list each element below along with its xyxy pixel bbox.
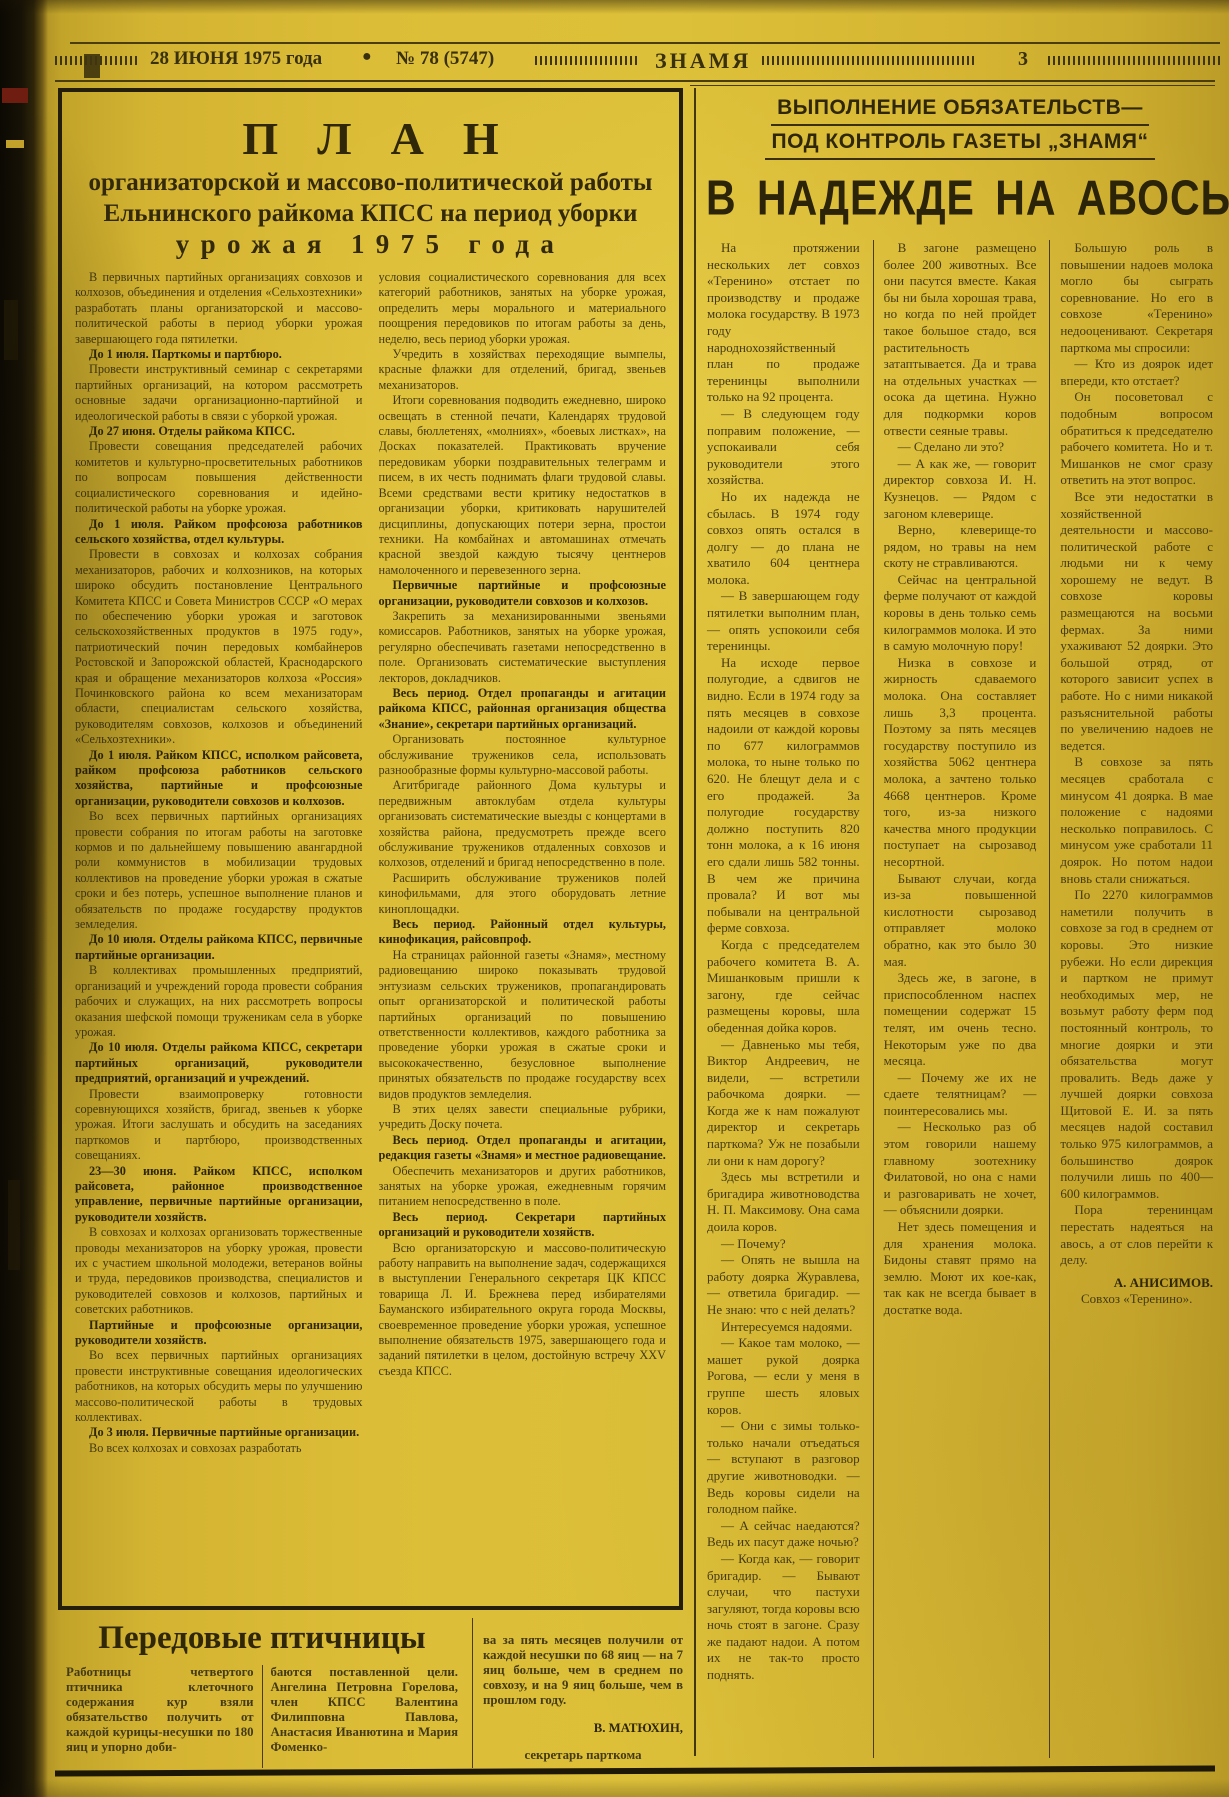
paragraph-heading: До 1 июля. Райком КПСС, исполком райсове… <box>75 748 363 810</box>
paragraph: Всю организаторскую и массово-политическ… <box>379 1241 667 1380</box>
masthead-issue-number: № 78 (5747) <box>396 48 494 70</box>
article-column-1: На протяжении нескольких лет совхоз «Тер… <box>706 240 861 1758</box>
poultry-column-1: Работницы четвертого птичника клеточного… <box>58 1665 262 1768</box>
paragraph: Бывают случаи, когда из-за повышенной ки… <box>884 871 1037 971</box>
page-number: 3 <box>1018 48 1028 71</box>
plan-column-1: В первичных партийных организациях совхо… <box>75 270 363 1570</box>
plan-article-body: В первичных партийных организациях совхо… <box>62 260 679 1570</box>
paragraph: — Кто из доярок идет впереди, кто отстае… <box>1060 356 1213 389</box>
paragraph: В совхозе за пять месяцев сработала с ми… <box>1060 754 1213 887</box>
plan-article-subtitle-3: урожая 1975 года <box>70 229 671 260</box>
paragraph: Низка в совхозе и жирность сдаваемого мо… <box>884 655 1037 871</box>
column-divider-rule <box>694 88 696 1756</box>
signature-line: А. АНИСИМОВ. <box>1060 1275 1213 1292</box>
paragraph-heading: До 10 июля. Отделы райкома КПСС, секрета… <box>75 1040 363 1086</box>
paragraph: На страницах районной газеты «Знамя», ме… <box>379 948 667 1102</box>
paragraph: В коллективах промышленных предприятий, … <box>75 963 363 1040</box>
kicker-line-1: ВЫПОЛНЕНИЕ ОБЯЗАТЕЛЬСТВ— <box>771 96 1149 126</box>
paragraph: Все эти недостатки в хозяйственной деяте… <box>1060 489 1213 755</box>
spine-fragment <box>8 1180 20 1270</box>
paragraph: — А сейчас наедаются? Ведь их пасут даже… <box>707 1518 860 1551</box>
paragraph: Провести в совхозах и колхозах собрания … <box>75 547 363 747</box>
paragraph: Организовать постоянное культурное обслу… <box>379 732 667 778</box>
paragraph: Но их надежда не сбылась. В 1974 году со… <box>707 489 860 589</box>
paragraph: — Опять не вышла на работу доярка Журавл… <box>707 1252 860 1318</box>
paragraph-heading: До 1 июля. Райком профсоюза работников с… <box>75 517 363 548</box>
plan-article-title: ПЛАН <box>62 112 679 165</box>
paragraph: — В завершающем году пятилетки выполним … <box>707 588 860 654</box>
signature-line: Совхоз «Теренино». <box>1060 1291 1213 1308</box>
paragraph-heading: Весь период. Секретари партийных организ… <box>379 1210 667 1241</box>
paragraph: Провести инструктивный семинар с секрета… <box>75 362 363 424</box>
paragraph: Большую роль в повышении надоев молока м… <box>1060 240 1213 356</box>
paragraph: На протяжении нескольких лет совхоз «Тер… <box>707 240 860 406</box>
plan-article-subtitle-2: Ельнинского райкома КПСС на период уборк… <box>70 198 671 229</box>
spine-fragment <box>2 88 28 103</box>
paragraph: — Они с зимы только-только начали отъеда… <box>707 1418 860 1518</box>
spine-fragment <box>4 300 18 360</box>
paragraph-heading: 23—30 июня. Райком КПСС, исполком райсов… <box>75 1164 363 1226</box>
page-spine <box>0 0 48 1797</box>
section-kicker: ВЫПОЛНЕНИЕ ОБЯЗАТЕЛЬСТВ— ПОД КОНТРОЛЬ ГА… <box>712 96 1208 164</box>
paragraph: — Сделано ли это? <box>884 439 1037 456</box>
plan-article-subtitle-1: организаторской и массово-политической р… <box>70 167 671 198</box>
paragraph: Обеспечить механизаторов и других работн… <box>379 1164 667 1210</box>
paragraph: Сейчас на центральной ферме получают от … <box>884 572 1037 655</box>
paragraph: — Почему? <box>707 1236 860 1253</box>
paragraph: Учредить в хозяйствах переходящие вымпел… <box>379 347 667 393</box>
ornament-rule <box>762 56 977 65</box>
paragraph: условия социалистического соревнования д… <box>379 270 667 347</box>
paragraph: В первичных партийных организациях совхо… <box>75 270 363 347</box>
ornament-rule <box>1048 56 1220 65</box>
masthead-bottom-rule-2 <box>690 85 1215 86</box>
poultry-columns: Работницы четвертого птичника клеточного… <box>58 1665 466 1768</box>
masthead-top-rule <box>70 42 1220 44</box>
ornament-rule <box>55 56 140 65</box>
poultry-article-title: Передовые птичницы <box>58 1620 466 1657</box>
masthead-date: 28 ИЮНЯ 1975 года <box>150 48 322 70</box>
paragraph: По 2270 килограммов наметили получить в … <box>1060 887 1213 1202</box>
paragraph: Здесь же, в загоне, в приспособленном на… <box>884 970 1037 1070</box>
paragraph-heading: До 1 июля. Парткомы и партбюро. <box>75 347 363 362</box>
paragraph: Когда с председателем рабочего комитета … <box>707 937 860 1037</box>
poultry-column-3: ва за пять месяцев получили от каждой не… <box>472 1618 685 1768</box>
paragraph: Во всех первичных партийных организациях… <box>75 1348 363 1425</box>
paragraph: Он посоветовал с подобным вопросом обрат… <box>1060 389 1213 489</box>
article-column-3: Большую роль в повышении надоев молока м… <box>1049 240 1214 1758</box>
paragraph: На исходе первое полугодие, а сдвигов не… <box>707 655 860 937</box>
plan-column-2: условия социалистического соревнования д… <box>379 270 667 1570</box>
signature-line: секретарь парткома <box>483 1748 683 1763</box>
paragraph: — Давненько мы тебя, Виктор Андреевич, н… <box>707 1037 860 1170</box>
signature-line: В. МАТЮХИН, <box>483 1721 683 1736</box>
paragraph: Интересуемся надоями. <box>707 1319 860 1336</box>
paragraph: — Когда как, — говорит бригадир. — Бываю… <box>707 1551 860 1684</box>
paragraph-heading: До 27 июня. Отделы райкома КПСС. <box>75 424 363 439</box>
masthead-bottom-rule <box>55 80 1215 82</box>
paragraph-heading: До 3 июля. Первичные партийные организац… <box>75 1425 363 1440</box>
paragraph-heading: Первичные партийные и профсоюзные органи… <box>379 578 667 609</box>
spine-fragment <box>6 140 24 148</box>
poultry-article: Передовые птичницы Работницы четвертого … <box>58 1618 685 1768</box>
paragraph-heading: До 10 июля. Отделы райкома КПСС, первичн… <box>75 932 363 963</box>
paragraph: — Несколько раз об этом говорили нашему … <box>884 1119 1037 1219</box>
paragraph: Итоги соревнования подводить ежедневно, … <box>379 393 667 578</box>
control-article-body: На протяжении нескольких лет совхоз «Тер… <box>706 240 1214 1758</box>
paragraph: Здесь мы встретили и бригадира животново… <box>707 1169 860 1235</box>
paragraph: Агитбригаде районного Дома культуры и пе… <box>379 778 667 870</box>
kicker-line-2: ПОД КОНТРОЛЬ ГАЗЕТЫ „ЗНАМЯ“ <box>765 130 1154 160</box>
paragraph: — Почему же их не сдаете телятницам? — п… <box>884 1070 1037 1120</box>
paragraph: В этих целях завести специальные рубрики… <box>379 1102 667 1133</box>
paragraph: Провести совещания председателей рабочих… <box>75 439 363 516</box>
paragraph-heading: Партийные и профсоюзные организации, рук… <box>75 1318 363 1349</box>
article-column-2: В загоне размещено более 200 животных. В… <box>873 240 1038 1758</box>
paragraph: ва за пять месяцев получили от каждой не… <box>483 1633 683 1708</box>
paragraph: — Какое там молоко, — машет рукой доярка… <box>707 1335 860 1418</box>
ornament-rule <box>535 56 640 65</box>
paragraph: — В следующем году поправим положение, —… <box>707 406 860 489</box>
paragraph: Верно, клеверище-то рядом, но травы на н… <box>884 522 1037 572</box>
bullet-icon: ● <box>362 48 372 66</box>
paragraph: Расширить обслуживание тружеников полей … <box>379 871 667 917</box>
paragraph: Во всех первичных партийных организациях… <box>75 809 363 932</box>
paragraph-heading: Весь период. Районный отдел культуры, ки… <box>379 917 667 948</box>
paragraph: Во всех колхозах и совхозах разработать <box>75 1441 363 1456</box>
paragraph: В загоне размещено более 200 животных. В… <box>884 240 1037 439</box>
paragraph: Нет здесь помещения и для хранения молок… <box>884 1219 1037 1319</box>
paragraph-heading: Весь период. Отдел пропаганды и агитации… <box>379 686 667 732</box>
masthead-title: ЗНАМЯ <box>655 48 751 74</box>
plan-article: ПЛАН организаторской и массово-политичес… <box>58 88 683 1610</box>
poultry-left-block: Передовые птичницы Работницы четвертого … <box>58 1618 466 1768</box>
paragraph: Провести взаимопроверку готовности сорев… <box>75 1087 363 1164</box>
newspaper-page: 28 ИЮНЯ 1975 года ● № 78 (5747) ЗНАМЯ 3 … <box>0 0 1229 1797</box>
poultry-column-2: баются поставленной цели. Ангелина Петро… <box>262 1665 467 1768</box>
paragraph: В совхозах и колхозах организовать торже… <box>75 1225 363 1317</box>
paragraph: — А как же, — говорит директор совхоза И… <box>884 456 1037 522</box>
article-headline: В НАДЕЖДЕ НА АВОСЬ... <box>706 170 1214 226</box>
paragraph: Закрепить за механизированными звеньями … <box>379 609 667 686</box>
paragraph: Пора теренинцам перестать надеяться на а… <box>1060 1202 1213 1268</box>
paragraph-heading: Весь период. Отдел пропаганды и агитации… <box>379 1133 667 1164</box>
